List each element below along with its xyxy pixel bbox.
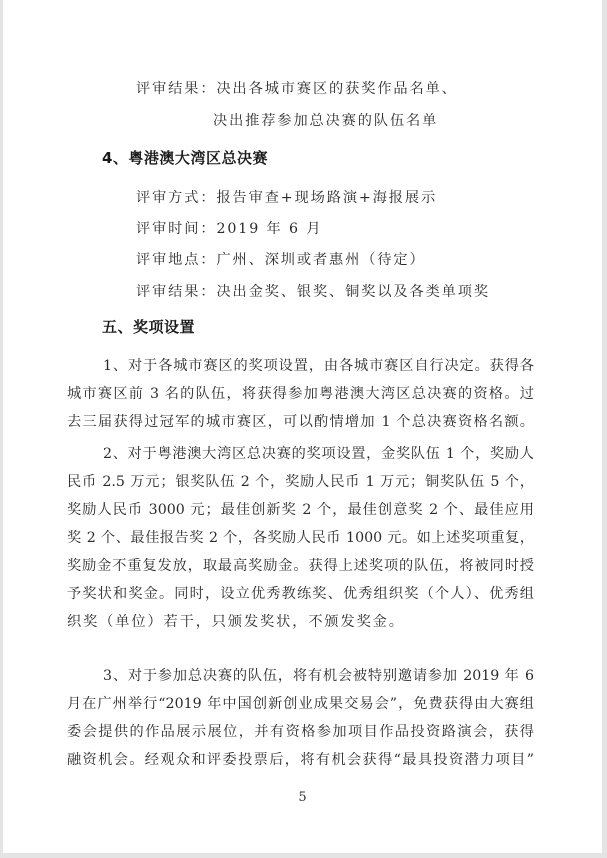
paragraph-3-line-1: 3、对于参加总决赛的队伍，将有机会被特别邀请参加 2019 年 6 — [103, 666, 534, 686]
review-result-line-1: 评审结果：决出各城市赛区的获奖作品名单、 — [136, 79, 458, 99]
paragraph-2-line-5: 奖励金不重复发放，取最高奖励金。获得上述奖项的队伍，将被同时授 — [67, 556, 534, 576]
review-result: 评审结果：决出金奖、银奖、铜奖以及各类单项奖 — [136, 282, 490, 302]
page-number: 5 — [3, 790, 602, 805]
paragraph-1-line-1: 1、对于各城市赛区的奖项设置，由各城市赛区自行决定。获得各 — [103, 356, 534, 376]
paragraph-3-line-4: 融资机会。经观众和评委投票后，将有机会获得“最具投资潜力项目” — [67, 750, 534, 770]
paragraph-2-line-7: 织奖（单位）若干，只颁发奖状，不颁发奖金。 — [67, 612, 405, 632]
paragraph-2-line-2: 民币 2.5 万元；银奖队伍 2 个，奖励人民币 1 万元；铜奖队伍 5 个， — [67, 472, 534, 492]
review-location: 评审地点：广州、深圳或者惠州（待定） — [136, 250, 426, 270]
paragraph-1-line-3: 去三届获得过冠军的城市赛区，可以酌情增加 1 个总决赛资格名额。 — [67, 412, 534, 432]
paragraph-2-line-4: 奖 2 个、最佳报告奖 2 个，各奖励人民币 1000 元。如上述奖项重复， — [67, 528, 534, 548]
document-page: 评审结果：决出各城市赛区的获奖作品名单、 决出推荐参加总决赛的队伍名单 4、粤港… — [3, 0, 602, 853]
paragraph-2-line-3: 奖励人民币 3000 元；最佳创新奖 2 个，最佳创意奖 2 个、最佳应用 — [67, 500, 534, 520]
review-time: 评审时间：2019 年 6 月 — [136, 219, 322, 239]
review-method: 评审方式：报告审查+现场路演+海报展示 — [136, 188, 437, 208]
paragraph-2-line-1: 2、对于粤港澳大湾区总决赛的奖项设置，金奖队伍 1 个，奖励人 — [103, 444, 534, 464]
paragraph-3-line-2: 月在广州举行“2019 年中国创新创业成果交易会”，免费获得由大赛组 — [67, 694, 534, 714]
subsection-4-heading: 4、粤港澳大湾区总决赛 — [102, 148, 268, 168]
review-result-line-2: 决出推荐参加总决赛的队伍名单 — [213, 111, 438, 131]
section-5-heading: 五、奖项设置 — [102, 317, 195, 337]
paragraph-3-line-3: 委会提供的作品展示展位，并有资格参加项目作品投资路演会，获得 — [67, 722, 534, 742]
paragraph-1-line-2: 城市赛区前 3 名的队伍，将获得参加粤港澳大湾区总决赛的资格。过 — [67, 384, 534, 404]
paragraph-2-line-6: 予奖状和奖金。同时，设立优秀教练奖、优秀组织奖（个人）、优秀组 — [67, 584, 534, 604]
